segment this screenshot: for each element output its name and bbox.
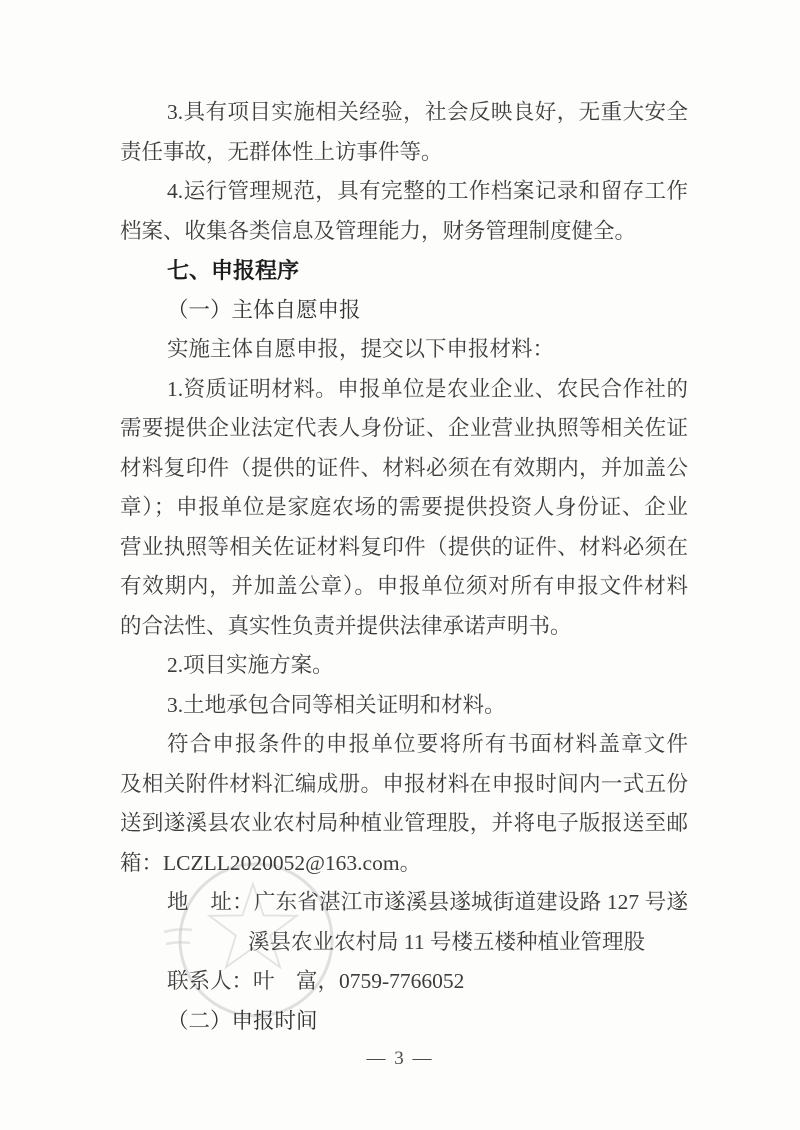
text-line: 送到遂溪县农业农村局种植业管理股，并将电子版报送至邮 [120, 804, 688, 844]
text-line: 3.土地承包合同等相关证明和材料。 [120, 686, 688, 726]
document-body: 3.具有项目实施相关经验，社会反映良好，无重大安全 责任事故，无群体性上访事件等… [120, 93, 688, 1041]
text-line: 2.项目实施方案。 [120, 646, 688, 686]
document-page: 3.具有项目实施相关经验，社会反映良好，无重大安全 责任事故，无群体性上访事件等… [0, 0, 800, 1130]
page-number: — 3 — [0, 1048, 800, 1070]
text-line: 实施主体自愿申报，提交以下申报材料： [120, 330, 688, 370]
text-line: 的合法性、真实性负责并提供法律承诺声明书。 [120, 607, 688, 647]
text-line: 材料复印件（提供的证件、材料必须在有效期内，并加盖公 [120, 449, 688, 489]
text-line: 章）；申报单位是家庭农场的需要提供投资人身份证、企业 [120, 488, 688, 528]
text-line: 需要提供企业法定代表人身份证、企业营业执照等相关佐证 [120, 409, 688, 449]
text-line: 符合申报条件的申报单位要将所有书面材料盖章文件 [120, 725, 688, 765]
text-line: 有效期内，并加盖公章）。申报单位须对所有申报文件材料 [120, 567, 688, 607]
address-line: 溪县农业农村局 11 号楼五楼种植业管理股 [120, 923, 688, 963]
section-heading: 七、申报程序 [120, 251, 688, 291]
address-line: 地 址：广东省湛江市遂溪县遂城街道建设路 127 号遂 [120, 883, 688, 923]
email-line: 箱：LCZLL2020052@163.com。 [120, 844, 688, 884]
sub-heading: （二）申报时间 [120, 1002, 688, 1042]
text-line: 4.运行管理规范，具有完整的工作档案记录和留存工作 [120, 172, 688, 212]
text-line: 1.资质证明材料。申报单位是农业企业、农民合作社的 [120, 370, 688, 410]
text-line: 3.具有项目实施相关经验，社会反映良好，无重大安全 [120, 93, 688, 133]
text-line: 及相关附件材料汇编成册。申报材料在申报时间内一式五份 [120, 765, 688, 805]
text-line: 营业执照等相关佐证材料复印件（提供的证件、材料必须在 [120, 528, 688, 568]
text-line: 档案、收集各类信息及管理能力，财务管理制度健全。 [120, 212, 688, 252]
text-line: 责任事故，无群体性上访事件等。 [120, 133, 688, 173]
sub-heading: （一）主体自愿申报 [120, 291, 688, 331]
contact-line: 联系人：叶 富，0759-7766052 [120, 962, 688, 1002]
